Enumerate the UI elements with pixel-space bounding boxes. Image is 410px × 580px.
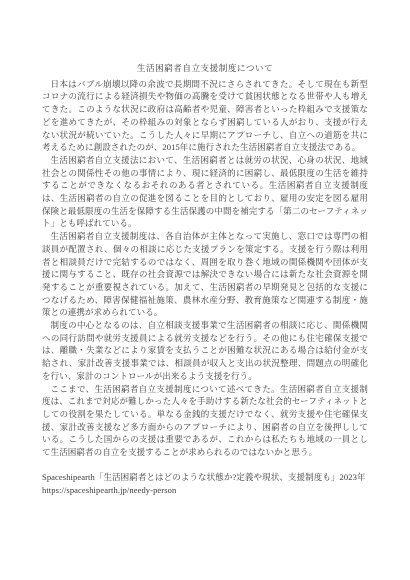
paragraph: 制度の中心となるのは、自立相談支援事業で生活困窮者の相談に応じ、関係機関への同行… [42,319,368,383]
document-page: 生活困窮者自立支援制度について 日本はバブル崩壊以降の余波で長期間不況にさらされ… [0,0,410,580]
paragraph: ここまで、生活困窮者自立支援制度について述べてきた。生活困窮者自立支援制度は、こ… [42,383,368,459]
paragraph: 日本はバブル崩壊以降の余波で長期間不況にさらされてきた。そして現在も新型コロナの… [42,78,368,154]
document-title: 生活困窮者自立支援制度について [42,62,368,75]
paragraph: 生活困窮者自立支援制度は、各自治体が主体となって実施し、窓口では専門の相談員が配… [42,230,368,319]
paragraph: 生活困窮者自立支援法において、生活困窮者とは就労の状況、心身の状況、地域社会との… [42,154,368,230]
reference-citation: Spaceshipearth「生活困窮者とはどのような状態か?定義や現状、支援制… [42,471,368,484]
reference-url: https://spaceshipearth.jp/needy-person [42,484,368,497]
reference-block: Spaceshipearth「生活困窮者とはどのような状態か?定義や現状、支援制… [42,471,368,496]
